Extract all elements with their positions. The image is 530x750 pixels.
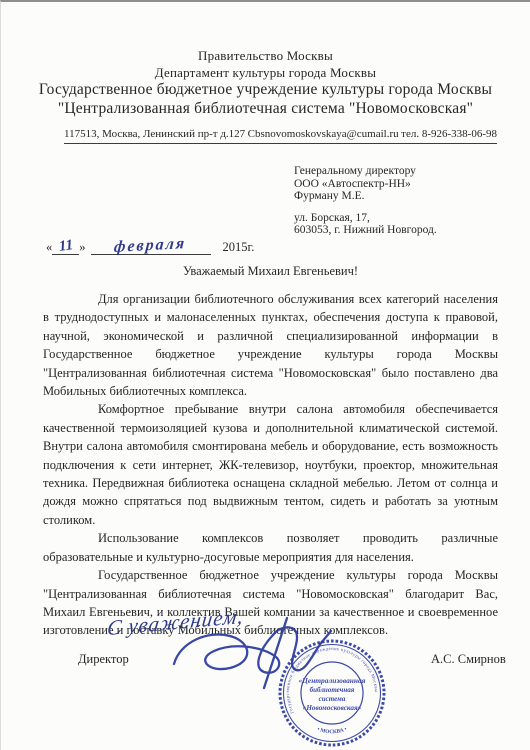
signature-stroke	[174, 618, 331, 688]
body-paragraph-3: Использование комплексов позволяет прово…	[43, 529, 498, 566]
handwritten-day: 11	[58, 237, 74, 256]
recipient-title: Генеральному директору	[294, 165, 437, 178]
salutation-line: Уважаемый Михаил Евгеньевич!	[43, 264, 498, 279]
recipient-company: ООО «Автоспектр-НН»	[294, 178, 437, 191]
svg-text:• МОСКВА •: • МОСКВА •	[316, 726, 348, 735]
postal-address: 117513, Москва, Ленинский пр-т д.127	[64, 128, 245, 140]
letterhead-department-line: Департамент культуры города Москвы	[1, 65, 530, 82]
letter-body: Для организации библиотечного обслуживан…	[43, 290, 498, 640]
date-year: 2015г.	[223, 240, 255, 254]
date-close-quote: »	[79, 240, 85, 254]
email-address: Cbsnovomoskovskaya@cumail.ru	[248, 128, 399, 140]
body-paragraph-2: Комфортное пребывание внутри салона авто…	[43, 400, 498, 529]
recipient-block: Генеральному директору ООО «Автоспектр-Н…	[294, 165, 437, 237]
contact-line: 117513, Москва, Ленинский пр-т д.127 Cbs…	[64, 128, 497, 144]
signer-name: А.С. Смирнов	[431, 652, 506, 667]
handwritten-month: февраля	[114, 235, 188, 257]
recipient-person: Фурману М.Е.	[294, 190, 437, 203]
date-line: «11»февраля2015г.	[46, 238, 254, 255]
signer-position: Директор	[78, 652, 129, 667]
recipient-street: ул. Борская, 17,	[294, 212, 437, 225]
letterhead-institution-line: Государственное бюджетное учреждение кул…	[1, 81, 530, 100]
letterhead-government-line: Правительство Москвы	[1, 48, 530, 65]
letterhead: Правительство Москвы Департамент культур…	[1, 48, 530, 118]
phone-number: тел. 8-926-338-06-98	[401, 128, 497, 140]
seal-bottom-text: • МОСКВА •	[316, 726, 348, 735]
recipient-city: 603053, г. Нижний Новгород.	[294, 224, 437, 237]
letterhead-organization-line: "Централизованная библиотечная система "…	[1, 100, 530, 119]
date-month-slot: февраля	[91, 238, 211, 255]
date-day-slot: 11	[52, 238, 79, 255]
director-signature	[166, 612, 341, 707]
scanned-letter-page: Правительство Москвы Департамент культур…	[0, 0, 530, 750]
body-paragraph-1: Для организации библиотечного обслуживан…	[43, 290, 498, 400]
